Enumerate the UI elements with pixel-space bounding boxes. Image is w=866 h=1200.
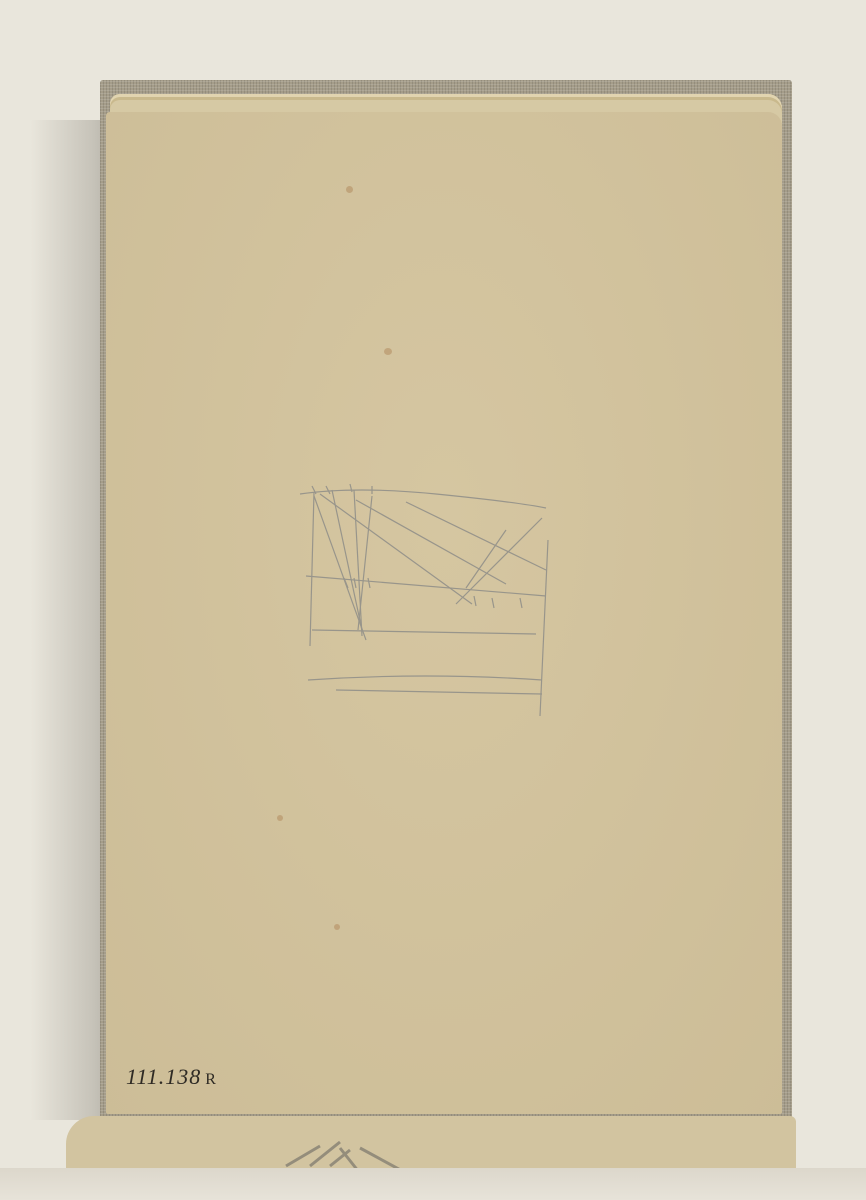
foxing-spot: [277, 815, 283, 821]
foxing-spot: [334, 924, 340, 930]
catalogue-inscription: 111.138R: [126, 1064, 217, 1090]
inscription-number: 111.138: [126, 1064, 201, 1089]
table-surface: [0, 1168, 866, 1200]
foxing-spot: [346, 186, 353, 193]
inscription-suffix: R: [205, 1071, 217, 1088]
foxing-spot: [384, 348, 392, 355]
pencil-sketch: [296, 480, 566, 720]
